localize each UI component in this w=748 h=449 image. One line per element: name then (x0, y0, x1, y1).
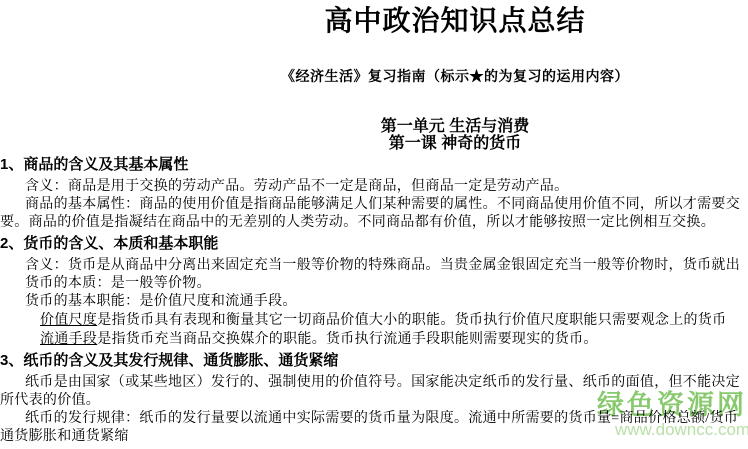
text-line: 流通手段是指货币充当商品交换媒介的职能。货币执行流通手段职能则需要现实的货币。 (0, 331, 748, 349)
text-line: 商品的基本属性：商品的使用价值是指商品能够满足人们某种需要的属性。不同商品使用价… (0, 196, 748, 214)
text-line: 要。商品的价值是指凝结在商品中的无差别的人类劳动。不同商品都有价值，所以才能够按… (0, 214, 748, 232)
underlined-term: 流通手段 (40, 332, 97, 347)
text-line: 纸币是由国家（或某些地区）发行的、强制使用的价值符号。国家能决定纸币的发行量、纸… (0, 374, 748, 392)
page-title: 高中政治知识点总结 (0, 6, 748, 36)
underlined-term: 价值尺度 (40, 313, 97, 328)
text-line: 价值尺度是指货币具有表现和衡量其它一切商品价值大小的职能。货币执行价值尺度职能只… (0, 312, 748, 330)
lesson-heading: 第一课 神奇的货币 (0, 135, 748, 152)
subtitle: 《经济生活》复习指南（标示★的为复习的运用内容） (0, 68, 748, 84)
text-line: 含义：货币是从商品中分离出来固定充当一般等价物的特殊商品。当贵金属金银固定充当一… (0, 257, 748, 275)
text-line: 货币的本质：是一般等价物。 (0, 275, 748, 293)
content-lines: 1、商品的含义及其基本属性含义：商品是用于交换的劳动产品。劳动产品不一定是商品，… (0, 155, 748, 446)
text-line: 含义：商品是用于交换的劳动产品。劳动产品不一定是商品，但商品一定是劳动产品。 (0, 178, 748, 196)
heading-block: 高中政治知识点总结 《经济生活》复习指南（标示★的为复习的运用内容） 第一单元 … (0, 6, 748, 152)
text-line: 1、商品的含义及其基本属性 (0, 155, 748, 175)
unit-heading: 第一单元 生活与消费 (0, 118, 748, 135)
text-line: 货币的基本职能：是价值尺度和流通手段。 (0, 293, 748, 311)
document-page: 高中政治知识点总结 《经济生活》复习指南（标示★的为复习的运用内容） 第一单元 … (0, 0, 748, 449)
text-line: 通货膨胀和通货紧缩 (0, 428, 748, 446)
text-line: 纸币的发行规律：纸币的发行量要以流通中实际需要的货币量为限度。流通中所需要的货币… (0, 410, 748, 428)
text-line: 3、纸币的含义及其发行规律、通货膨胀、通货紧缩 (0, 351, 748, 371)
text-line: 所代表的价值。 (0, 392, 748, 410)
text-line: 2、货币的含义、本质和基本职能 (0, 234, 748, 254)
